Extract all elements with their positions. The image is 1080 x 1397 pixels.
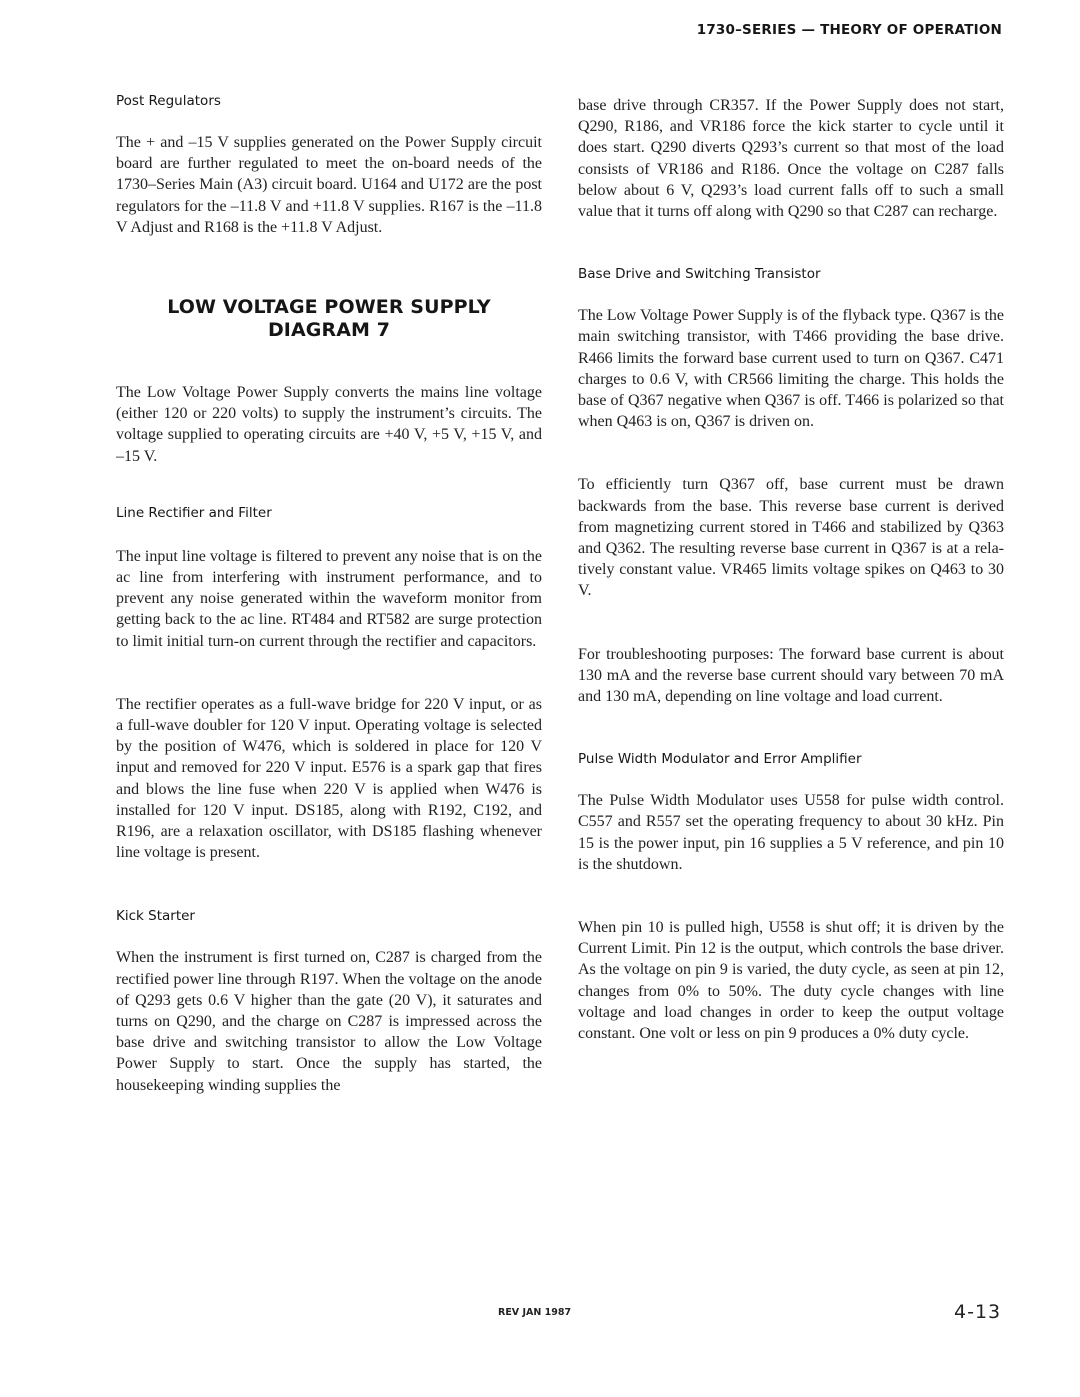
heading-base-drive: Base Drive and Switching Transistor: [578, 265, 1004, 283]
page-number: 4-13: [954, 1301, 1001, 1323]
heading-post-regulators: Post Regulators: [116, 92, 542, 110]
heading-line-rectifier: Line Rectifier and Filter: [116, 504, 542, 522]
paragraph-kick-starter-continued: base drive through CR357. If the Power S…: [578, 95, 1004, 222]
section-title: LOW VOLTAGE POWER SUPPLY DIAGRAM 7: [116, 296, 542, 342]
paragraph-line-rectifier-2: The rectifier operates as a full-wave br…: [116, 694, 542, 864]
paragraph-post-regulators: The + and –15 V supplies generated on th…: [116, 132, 542, 238]
revision-date: REV JAN 1987: [498, 1307, 571, 1318]
heading-kick-starter: Kick Starter: [116, 907, 542, 925]
section-title-line1: LOW VOLTAGE POWER SUPPLY: [116, 296, 542, 319]
paragraph-kick-starter: When the instrument is first turned on, …: [116, 947, 542, 1095]
paragraph-troubleshooting: For troubleshooting purposes: The forwar…: [578, 644, 1004, 708]
heading-pwm: Pulse Width Modulator and Error Amplifie…: [578, 750, 1004, 768]
paragraph-line-rectifier-1: The input line voltage is filtered to pr…: [116, 546, 542, 652]
left-column: Post Regulators The + and –15 V supplies…: [116, 92, 542, 1096]
paragraph-pwm-2: When pin 10 is pulled high, U558 is shut…: [578, 917, 1004, 1044]
section-title-line2: DIAGRAM 7: [116, 319, 542, 342]
paragraph-base-drive-1: The Low Voltage Power Supply is of the f…: [578, 305, 1004, 432]
paragraph-base-drive-2: To efficiently turn Q367 off, base curre…: [578, 474, 1004, 601]
running-head: 1730–SERIES — THEORY OF OPERATION: [697, 22, 1002, 38]
paragraph-pwm-1: The Pulse Width Modulator uses U558 for …: [578, 790, 1004, 875]
right-column: base drive through CR357. If the Power S…: [578, 95, 1004, 1044]
paragraph-intro: The Low Voltage Power Supply converts th…: [116, 382, 542, 467]
